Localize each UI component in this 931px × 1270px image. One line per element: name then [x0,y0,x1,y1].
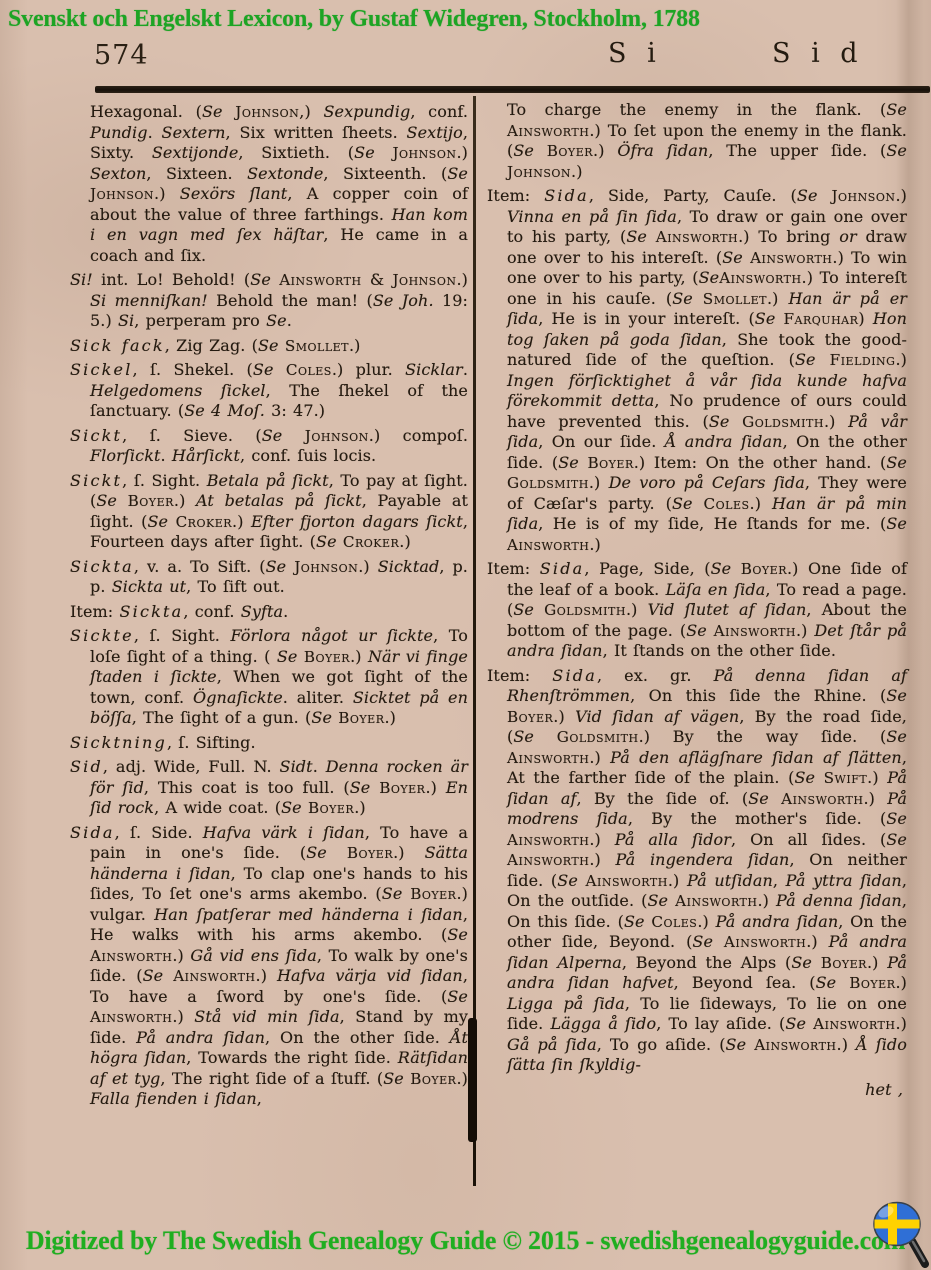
scanned-page: Svenskt och Engelskt Lexicon, by Gustaf … [0,0,931,1270]
dictionary-paragraph: Item: Sida, ex. gr. På denna ſidan af Rh… [487,666,907,1076]
page-number: 574 [94,40,149,71]
left-column: Hexagonal. (Se Johnson,) Sexpundig, conf… [70,102,468,1114]
dictionary-paragraph: het , [487,1080,907,1101]
header-rule [95,86,930,93]
running-head-right: S i d [772,38,864,69]
digitizer-banner-title: Svenskt och Engelskt Lexicon, by Gustaf … [8,6,700,33]
dictionary-paragraph: Sick fack, Zig Zag. (Se Smollet.) [70,336,468,357]
dictionary-paragraph: Sickte, ſ. Sight. Förlora något ur ſickt… [70,626,468,729]
column-divider-ink-blot [468,1018,477,1142]
dictionary-paragraph: Item: Sida, Page, Side, (Se Boyer.) One … [487,559,907,662]
dictionary-paragraph: Sida, ſ. Side. Hafva värk i ſidan, To ha… [70,823,468,1110]
dictionary-paragraph: Item: Sida, Side, Party, Cauſe. (Se John… [487,186,907,555]
dictionary-paragraph: Si! int. Lo! Behold! (Se Ainsworth & Joh… [70,270,468,332]
running-head-left: S i [608,38,662,69]
dictionary-paragraph: Sicktning, ſ. Sifting. [70,733,468,754]
dictionary-paragraph: To charge the enemy in the flank. (Se Ai… [487,100,907,182]
swedish-flag-magnifier-icon [872,1200,930,1268]
dictionary-paragraph: Hexagonal. (Se Johnson,) Sexpundig, conf… [70,102,468,266]
dictionary-paragraph: Sickt, ſ. Sight. Betala på ſickt, To pay… [70,471,468,553]
dictionary-paragraph: Sickt, ſ. Sieve. (Se Johnson.) compoſ. F… [70,426,468,467]
dictionary-paragraph: Item: Sickta, conf. Syfta. [70,602,468,623]
dictionary-paragraph: Sickta, v. a. To Sift. (Se Johnson.) Sic… [70,557,468,598]
dictionary-paragraph: Sid, adj. Wide, Full. N. Sidt. Denna roc… [70,757,468,819]
dictionary-paragraph: Sickel, ſ. Shekel. (Se Coles.) plur. Sic… [70,360,468,422]
right-column: To charge the enemy in the flank. (Se Ai… [487,100,907,1104]
digitizer-footer-credit: Digitized by The Swedish Genealogy Guide… [0,1226,931,1256]
